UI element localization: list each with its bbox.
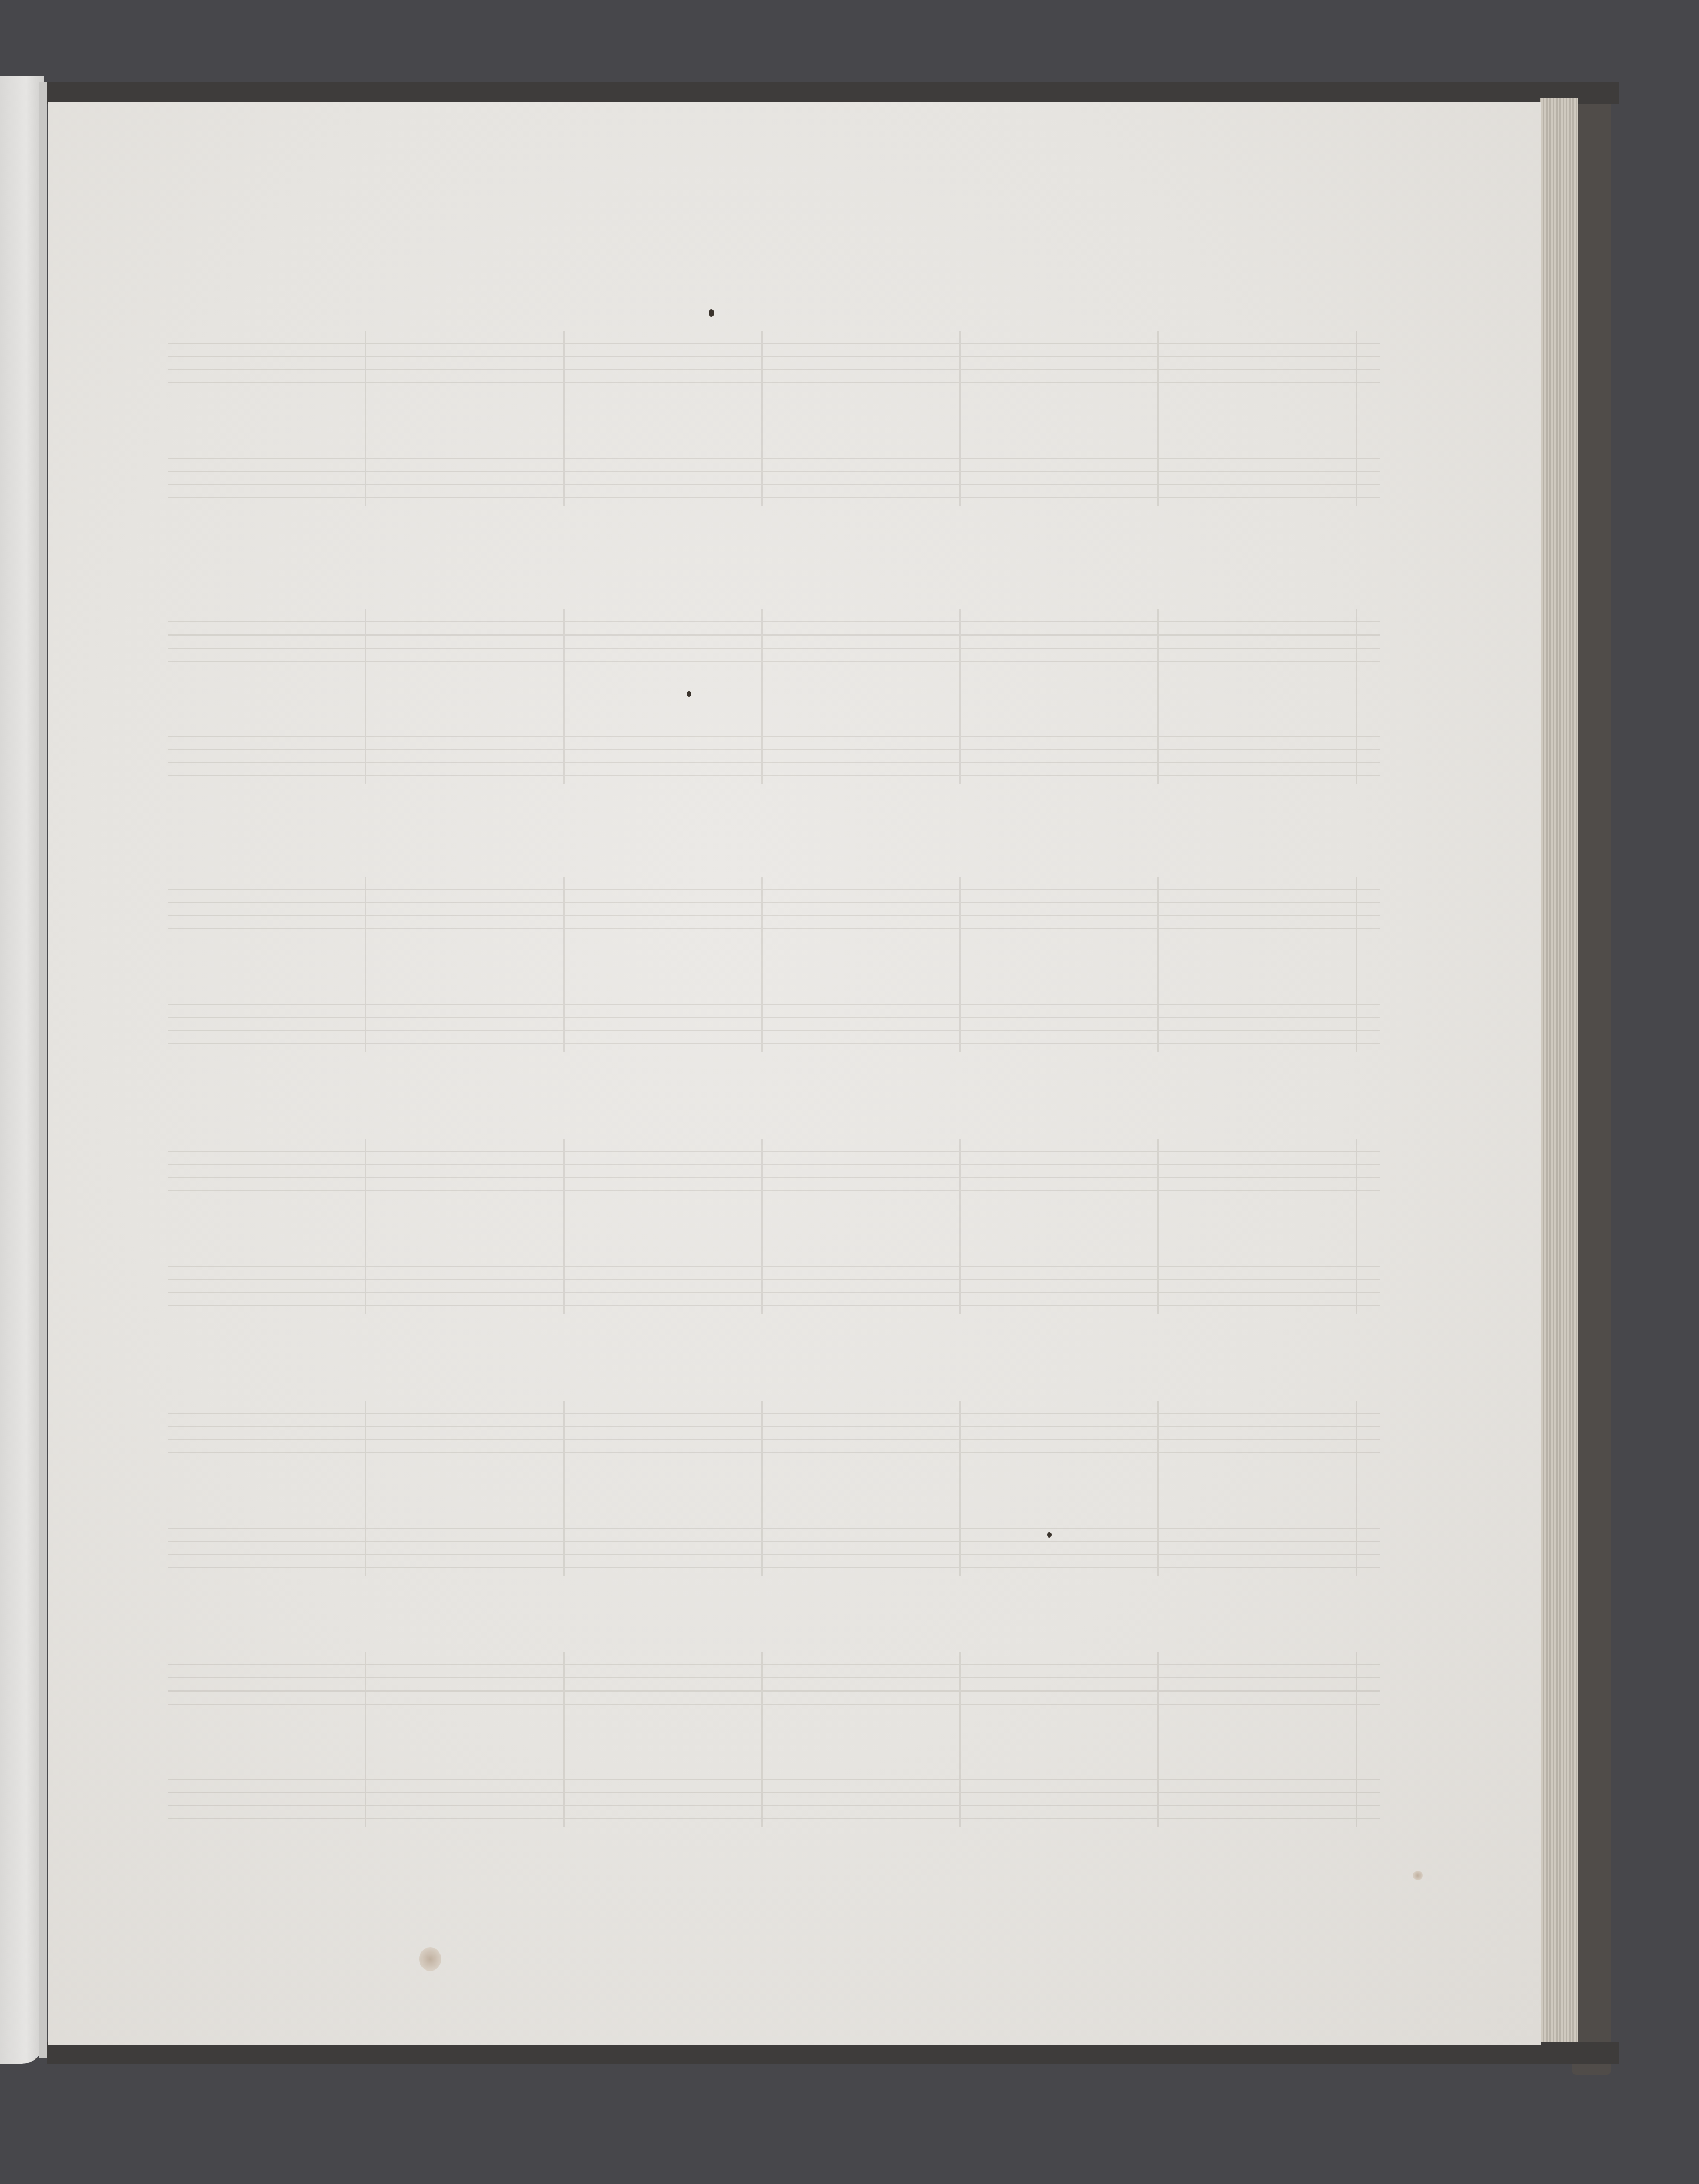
paper-stain [1413, 1871, 1423, 1880]
show-through-music-system-6 [168, 1652, 1380, 1827]
show-through-music-system-5 [168, 1401, 1380, 1576]
foxing-spot [1047, 1532, 1052, 1538]
paper-stain [419, 1947, 441, 1971]
foxing-spot [709, 309, 714, 317]
book-cover-top [47, 82, 1619, 104]
foxing-spot [687, 691, 691, 697]
left-page-edge [0, 76, 44, 2064]
show-through-music-system-4 [168, 1139, 1380, 1314]
book-cover-right [1572, 87, 1611, 2075]
book-cover-bottom [47, 2042, 1619, 2064]
blank-page [48, 102, 1541, 2045]
gutter-shadow [39, 82, 47, 2058]
show-through-music-system-1 [168, 331, 1380, 506]
page-block-edge [1540, 98, 1578, 2042]
show-through-music-system-3 [168, 877, 1380, 1052]
show-through-music-system-2 [168, 609, 1380, 784]
